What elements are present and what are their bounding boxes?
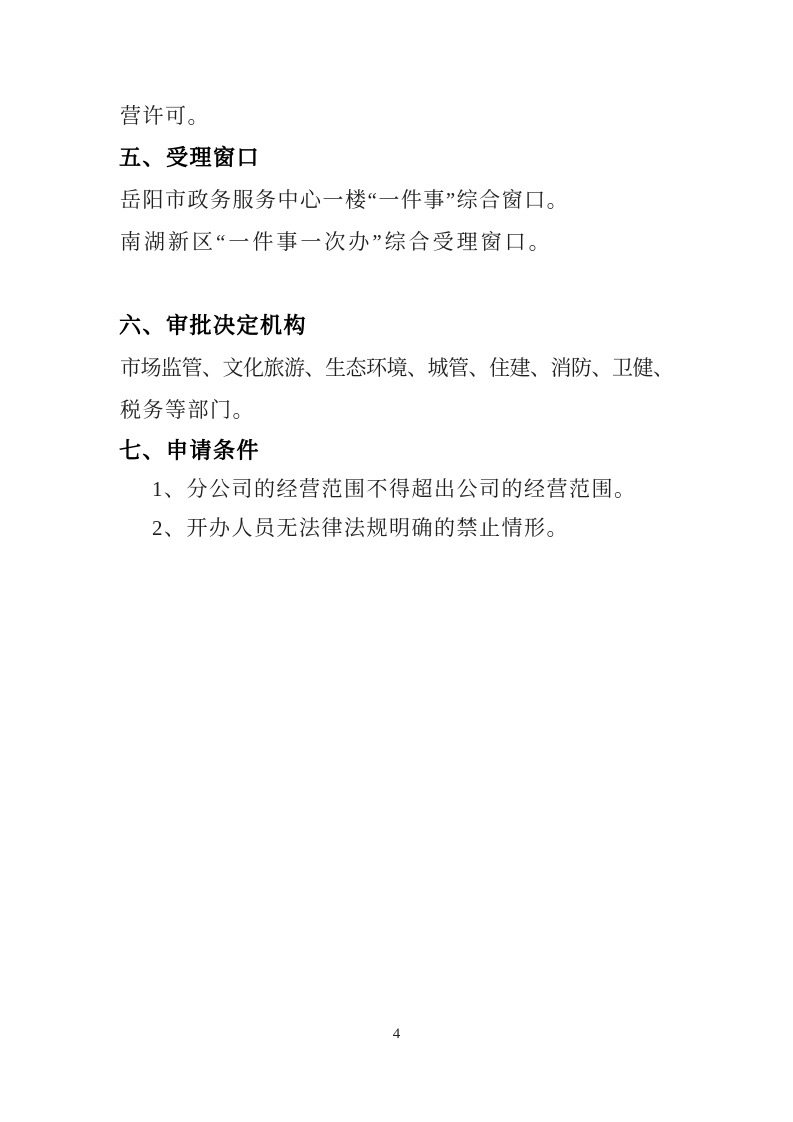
paragraph-line: 南湖新区“一件事一次办”综合受理窗口。 (120, 230, 553, 254)
paragraph-line: 岳阳市政务服务中心一楼“一件事”综合窗口。 (120, 188, 569, 212)
section-heading-6-approval-authority: 六、审批决定机构 (119, 314, 307, 338)
section-heading-5-acceptance-window: 五、受理窗口 (119, 146, 260, 170)
paragraph-line: 市场监管、文化旅游、生态环境、城管、住建、消防、卫健、 (120, 356, 674, 380)
section-heading-7-application-conditions: 七、申请条件 (119, 439, 260, 463)
list-item-1: 1、分公司的经营范围不得超出公司的经营范围。 (152, 477, 637, 501)
page-number: 4 (0, 1026, 793, 1042)
document-page: 营许可。 五、受理窗口 岳阳市政务服务中心一楼“一件事”综合窗口。 南湖新区“一… (0, 0, 793, 1122)
paragraph-line: 税务等部门。 (120, 398, 255, 422)
paragraph-continuation-line: 营许可。 (120, 104, 210, 128)
list-item-2: 2、开办人员无法律法规明确的禁止情形。 (152, 516, 569, 540)
